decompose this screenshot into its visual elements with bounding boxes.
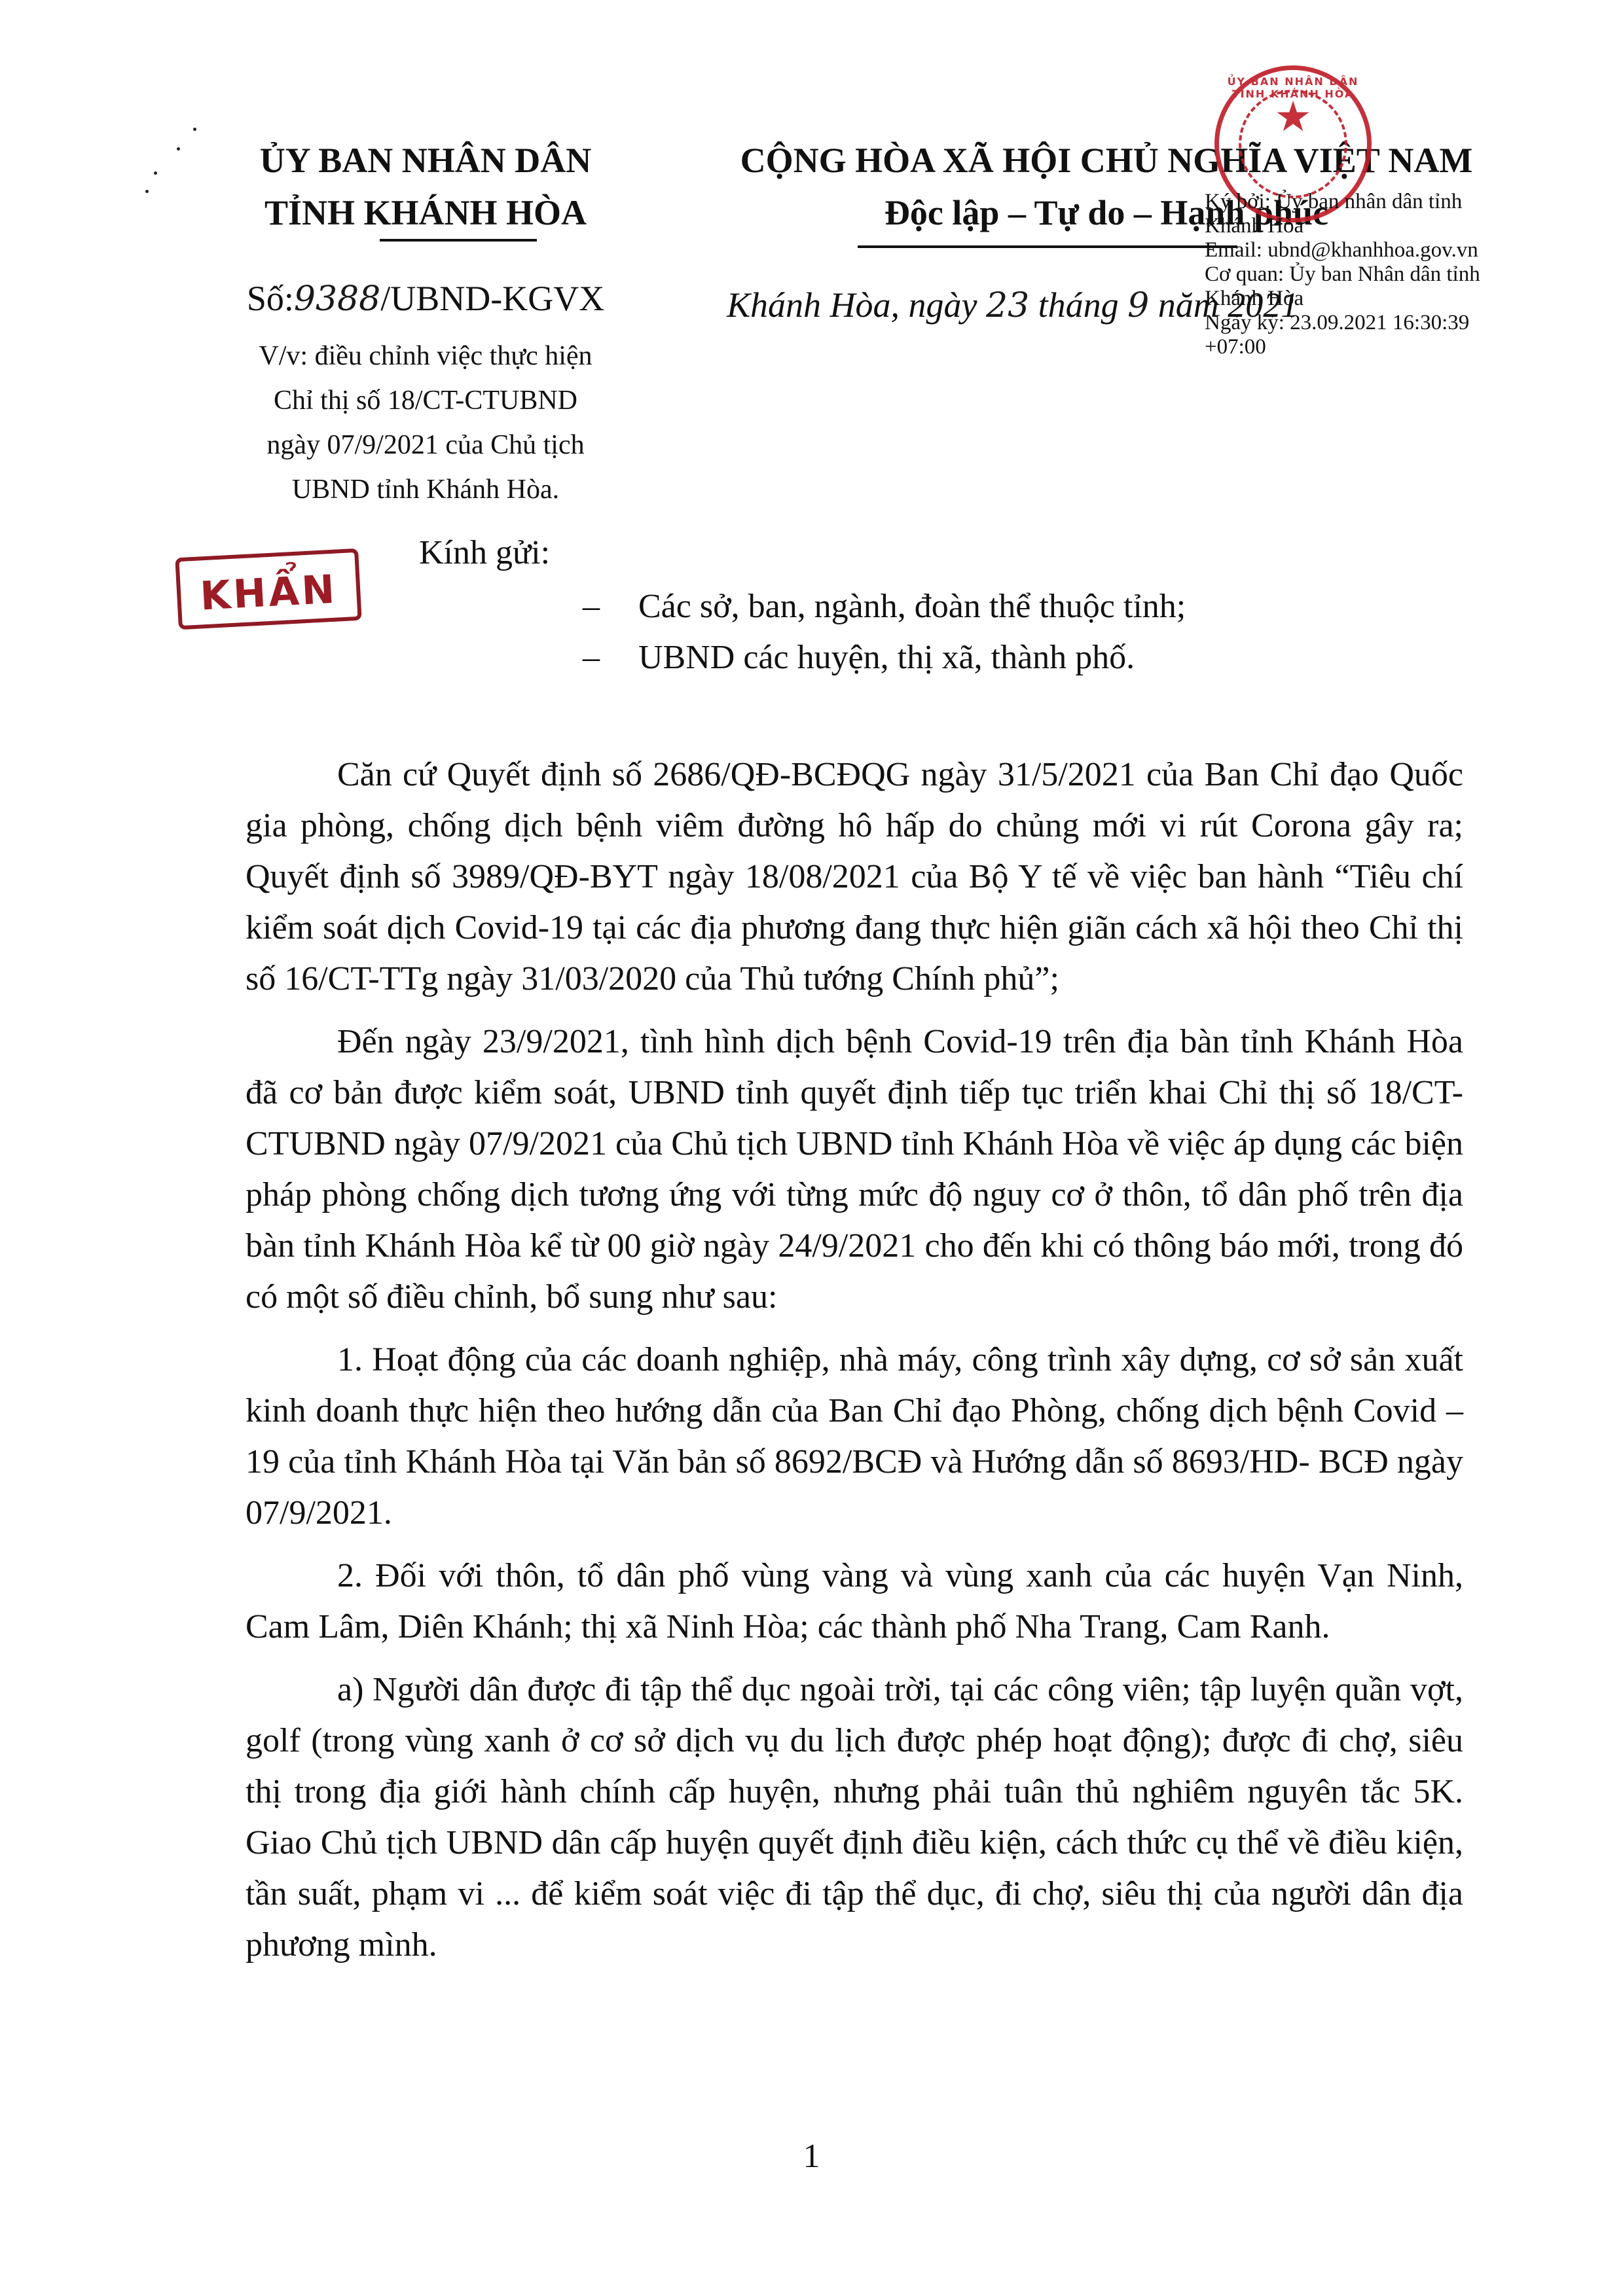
- signature-line: +07:00: [1205, 335, 1506, 359]
- body-paragraph: 2. Đối với thôn, tổ dân phố vùng vàng và…: [246, 1551, 1463, 1653]
- nation-line-1: CỘNG HÒA XÃ HỘI CHỦ NGHĨA VIỆT NAM: [674, 134, 1539, 187]
- recipient-list: –Các sở, ban, ngành, đoàn thể thuộc tỉnh…: [583, 581, 1186, 683]
- body-paragraph: Căn cứ Quyết định số 2686/QĐ-BCĐQG ngày …: [246, 749, 1463, 1005]
- number-prefix: Số:: [247, 279, 294, 318]
- digital-signature: Ký bởi: Ủy ban nhân dân tỉnh Khánh Hòa E…: [1205, 190, 1506, 359]
- signature-line: Khánh Hòa: [1205, 214, 1506, 238]
- subject-line: V/v: điều chỉnh việc thực hiện: [196, 334, 655, 378]
- date-month-label: tháng: [1038, 285, 1119, 325]
- body-paragraph: a) Người dân được đi tập thể dục ngoài t…: [246, 1664, 1463, 1971]
- number-suffix: /UBND-KGVX: [380, 279, 604, 318]
- signature-line: Cơ quan: Ủy ban Nhân dân tỉnh: [1205, 262, 1506, 287]
- subject-line: Chỉ thị số 18/CT-CTUBND: [196, 378, 655, 423]
- document-number: Số:9388/UBND-KGVX: [196, 278, 655, 319]
- recipient-item: –Các sở, ban, ngành, đoàn thể thuộc tỉnh…: [583, 581, 1186, 632]
- body-paragraph: 1. Hoạt động của các doanh nghiệp, nhà m…: [246, 1335, 1463, 1539]
- date-day: 23: [986, 286, 1029, 325]
- signature-line: Ký bởi: Ủy ban nhân dân tỉnh: [1205, 190, 1506, 214]
- number-handwritten: 9388: [294, 279, 380, 319]
- document-body: Căn cứ Quyết định số 2686/QĐ-BCĐQG ngày …: [246, 749, 1463, 1982]
- scan-speck: [145, 190, 149, 193]
- date-month: 9: [1127, 286, 1149, 325]
- greeting: Kính gửi:: [419, 533, 550, 572]
- subject-line: ngày 07/9/2021 của Chủ tịch: [196, 423, 655, 467]
- recipient-text: Các sở, ban, ngành, đoàn thể thuộc tỉnh;: [638, 588, 1186, 625]
- scan-speck: [154, 171, 157, 175]
- issuer-underline: [380, 239, 537, 242]
- issuer-heading: ỦY BAN NHÂN DÂN TỈNH KHÁNH HÒA: [196, 134, 655, 239]
- dash-bullet: –: [583, 632, 638, 683]
- recipient-text: UBND các huyện, thị xã, thành phố.: [638, 639, 1135, 676]
- subject-line: UBND tỉnh Khánh Hòa.: [196, 467, 655, 512]
- urgent-stamp: KHẨN: [175, 548, 361, 630]
- signature-line: Khánh Hòa: [1205, 287, 1506, 311]
- date-place: Khánh Hòa, ngày: [727, 285, 977, 325]
- recipient-item: –UBND các huyện, thị xã, thành phố.: [583, 632, 1186, 683]
- signature-line: Ngày ký: 23.09.2021 16:30:39: [1205, 311, 1506, 335]
- signature-line: Email: ubnd@khanhhoa.gov.vn: [1205, 238, 1506, 262]
- scan-speck: [177, 147, 180, 151]
- page-number: 1: [0, 2137, 1623, 2176]
- star-icon: ★: [1219, 96, 1367, 138]
- body-paragraph: Đến ngày 23/9/2021, tình hình dịch bệnh …: [246, 1016, 1463, 1323]
- scan-speck: [193, 128, 196, 131]
- motto-underline: [858, 245, 1237, 248]
- issuer-line-2: TỈNH KHÁNH HÒA: [196, 187, 655, 239]
- dash-bullet: –: [583, 581, 638, 632]
- issuer-line-1: ỦY BAN NHÂN DÂN: [196, 134, 655, 187]
- document-subject: V/v: điều chỉnh việc thực hiện Chỉ thị s…: [196, 334, 655, 512]
